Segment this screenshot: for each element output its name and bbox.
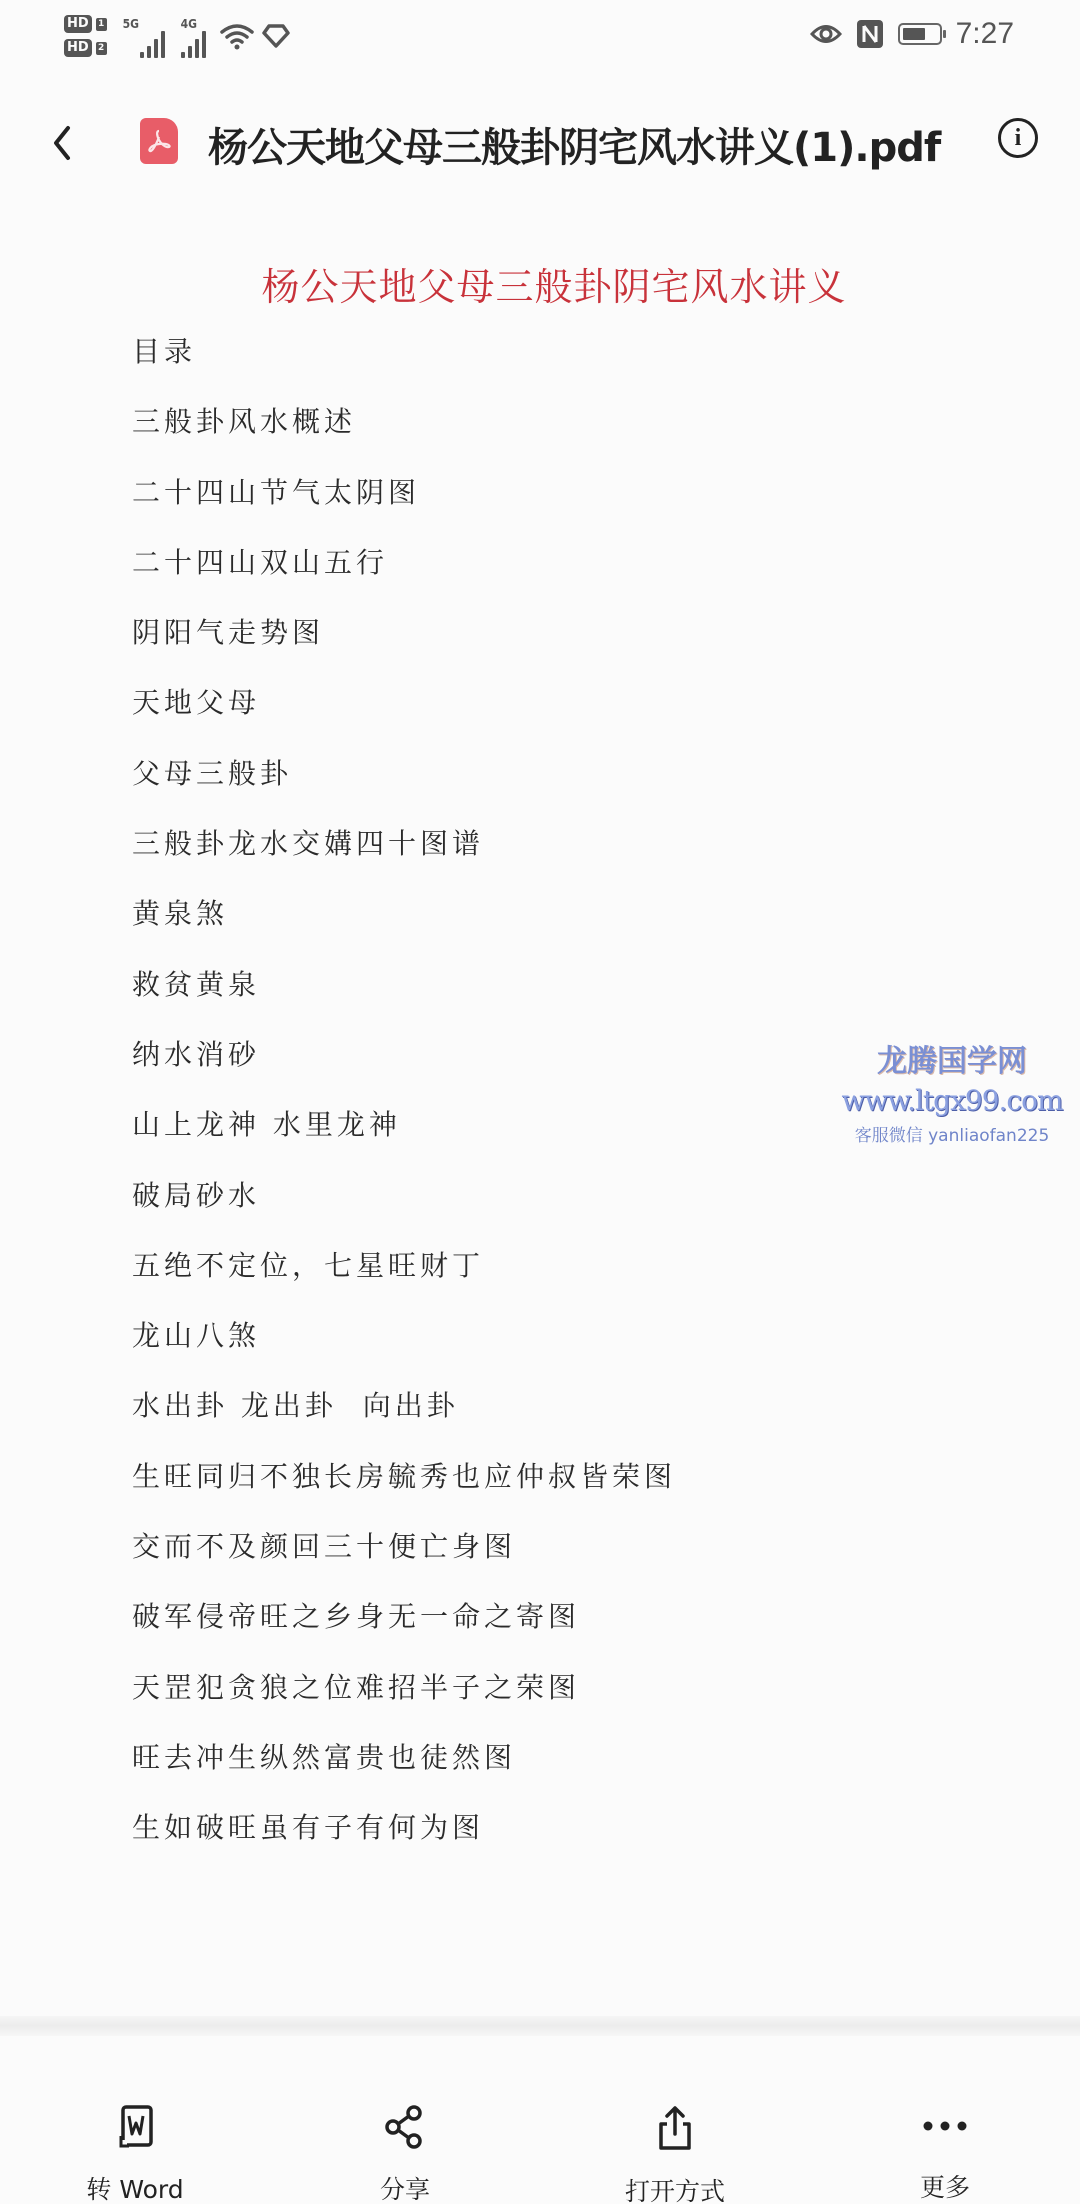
- signal-5g-label: 5G: [123, 17, 139, 31]
- info-icon: i: [1015, 125, 1022, 152]
- clock: 7:27: [956, 17, 1014, 51]
- back-button[interactable]: [44, 116, 84, 166]
- bottom-action-bar: 转 Word 分享 打开方式 更多: [0, 2036, 1080, 2204]
- chevron-left-icon: [44, 116, 84, 166]
- signal-4g-label: 4G: [181, 17, 197, 31]
- toc-item: 龙山八煞: [132, 1314, 676, 1384]
- toc-item: 交而不及颜回三十便亡身图: [132, 1525, 676, 1595]
- toc-item: 生旺同归不独长房毓秀也应仲叔皆荣图: [132, 1455, 676, 1525]
- share-icon: [380, 2104, 430, 2150]
- open-with-label: 打开方式: [625, 2172, 725, 2204]
- share-button[interactable]: 分享: [270, 2036, 540, 2204]
- divider: [0, 2016, 1080, 2036]
- signal-4g-icon: 4G: [181, 15, 206, 58]
- toc-item: 山上龙神 水里龙神: [132, 1103, 676, 1173]
- hd-1-label: HD: [64, 15, 92, 33]
- toc-item: 父母三般卦: [132, 752, 676, 822]
- toc-item: 破局砂水: [132, 1174, 676, 1244]
- open-with-button[interactable]: 打开方式: [540, 2036, 810, 2204]
- hd-2-label: HD: [64, 39, 92, 57]
- toc-item: 天地父母: [132, 681, 676, 751]
- pdf-icon: [140, 118, 178, 164]
- toc-item: 救贫黄泉: [132, 963, 676, 1033]
- toc-item: 天罡犯贪狼之位难招半子之荣图: [132, 1666, 676, 1736]
- table-of-contents: 目录 三般卦风水概述 二十四山节气太阴图 二十四山双山五行 阴阳气走势图 天地父…: [132, 330, 676, 1877]
- vpn-shield-icon: [262, 23, 290, 49]
- more-button[interactable]: 更多: [810, 2036, 1080, 2204]
- toc-item: 纳水消砂: [132, 1033, 676, 1103]
- toc-item: 三般卦龙水交媾四十图谱: [132, 822, 676, 892]
- wifi-icon: [220, 22, 254, 50]
- open-with-icon: [650, 2104, 700, 2152]
- toc-item: 黄泉煞: [132, 892, 676, 962]
- toc-item: 二十四山节气太阴图: [132, 471, 676, 541]
- info-button[interactable]: i: [998, 118, 1038, 158]
- hd-2-number: 2: [96, 42, 107, 55]
- toc-item: 阴阳气走势图: [132, 611, 676, 681]
- nfc-icon: [856, 19, 884, 49]
- convert-word-icon: [110, 2104, 160, 2150]
- toc-item: 水出卦 龙出卦 向出卦: [132, 1384, 676, 1454]
- pdf-heading: 杨公天地父母三般卦阴宅风水讲义: [0, 256, 1080, 311]
- watermark-site-name: 龙腾国学网: [832, 1036, 1072, 1080]
- status-bar: HD1 HD2 5G 4G 7:27: [0, 0, 1080, 70]
- status-right: 7:27: [810, 12, 1014, 56]
- watermark-contact: 客服微信 yanliaofan225: [832, 1121, 1072, 1146]
- document-title: 杨公天地父母三般卦阴宅风水讲义(1).pdf: [208, 116, 940, 173]
- toc-item: 五绝不定位，七星旺财丁: [132, 1244, 676, 1314]
- hd-icon: HD1 HD2: [64, 15, 107, 57]
- toc-item: 生如破旺虽有子有何为图: [132, 1806, 676, 1876]
- convert-word-label: 转 Word: [86, 2170, 183, 2204]
- convert-word-button[interactable]: 转 Word: [0, 2036, 270, 2204]
- toc-item: 旺去冲生纵然富贵也徒然图: [132, 1736, 676, 1806]
- watermark: 龙腾国学网 www.ltgx99.com 客服微信 yanliaofan225: [832, 1036, 1072, 1146]
- more-icon: [920, 2104, 970, 2148]
- battery-icon: [898, 23, 942, 45]
- more-label: 更多: [920, 2168, 970, 2204]
- toc-item: 二十四山双山五行: [132, 541, 676, 611]
- status-left: HD1 HD2 5G 4G: [64, 8, 290, 64]
- signal-5g-icon: 5G: [123, 15, 165, 58]
- toc-item: 破军侵帝旺之乡身无一命之寄图: [132, 1595, 676, 1665]
- share-label: 分享: [380, 2170, 430, 2204]
- watermark-url: www.ltgx99.com: [832, 1084, 1072, 1117]
- app-header: 杨公天地父母三般卦阴宅风水讲义(1).pdf i: [0, 96, 1080, 188]
- toc-item: 三般卦风水概述: [132, 400, 676, 470]
- toc-item: 目录: [132, 330, 676, 400]
- hd-1-number: 1: [96, 18, 107, 31]
- eye-comfort-icon: [810, 23, 842, 45]
